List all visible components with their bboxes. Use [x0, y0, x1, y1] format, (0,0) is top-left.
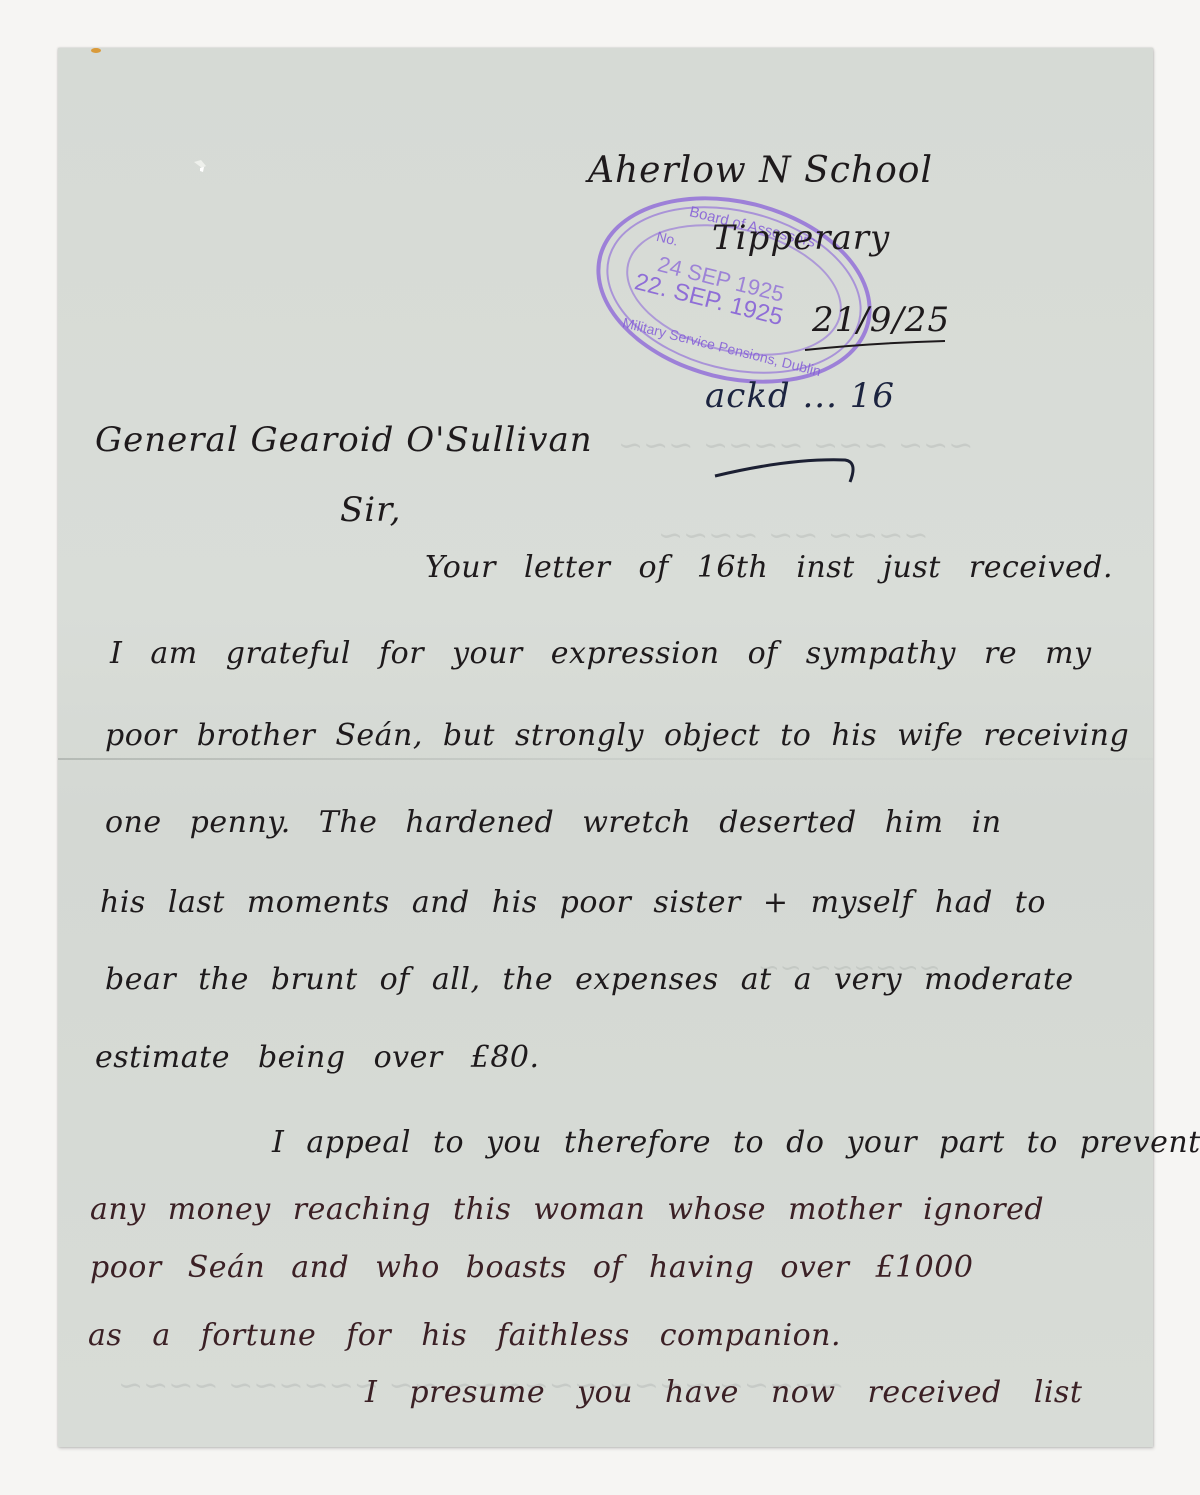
- greeting: Sir,: [340, 490, 402, 530]
- body-line: as a fortune for his faithless companion…: [88, 1318, 841, 1353]
- rust-stain: [91, 48, 101, 53]
- pin-hole-mark: [190, 154, 212, 176]
- letter-date: 21/9/25: [812, 300, 950, 340]
- bleed-through-text: ~~~~ ~~ ~~~~: [658, 518, 928, 553]
- paper-fold-line: [58, 758, 1153, 760]
- body-line: any money reaching this woman whose moth…: [90, 1192, 1044, 1227]
- body-line: I appeal to you therefore to do your par…: [272, 1125, 1200, 1160]
- body-line: Your letter of 16th inst just received.: [425, 550, 1113, 585]
- body-line: poor brother Seán, but strongly object t…: [105, 718, 1129, 753]
- body-line: poor Seán and who boasts of having over …: [90, 1250, 973, 1285]
- address-line-1: Aherlow N School: [588, 150, 933, 191]
- addressee-flourish: [710, 448, 870, 488]
- body-line: one penny. The hardened wretch deserted …: [105, 805, 1002, 840]
- address-line-2: Tipperary: [712, 218, 890, 258]
- date-underline: [800, 335, 950, 355]
- body-line: estimate being over £80.: [95, 1040, 540, 1075]
- body-line: I presume you have now received list: [365, 1375, 1082, 1410]
- addressee-name: General Gearoid O'Sullivan: [95, 420, 593, 460]
- acknowledged-annotation: ackd ... 16: [705, 376, 895, 416]
- body-line: his last moments and his poor sister + m…: [100, 885, 1046, 920]
- body-line: bear the brunt of all, the expenses at a…: [105, 962, 1074, 997]
- body-line: I am grateful for your expression of sym…: [110, 636, 1092, 671]
